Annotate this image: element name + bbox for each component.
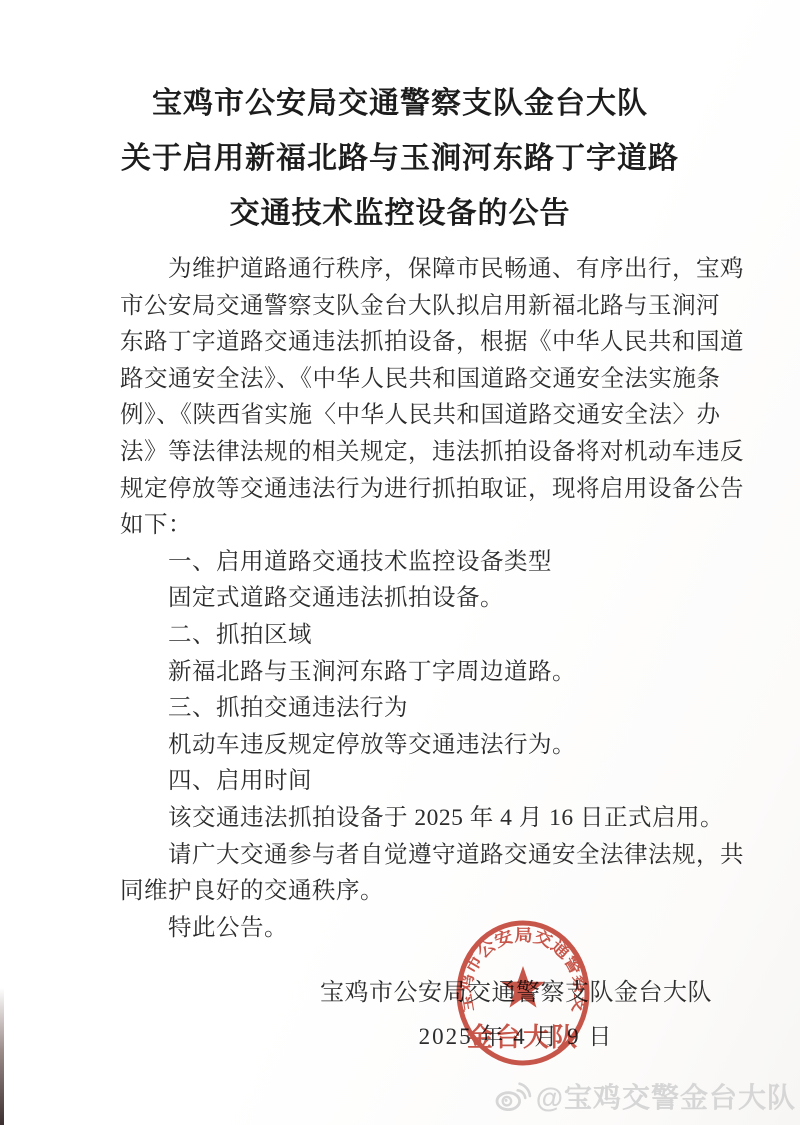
photo-edge-shadow (0, 988, 4, 1125)
announcement-document: 宝鸡市公安局交通警察支队金台大队关于启用新福北路与玉涧河东路丁字道路交通技术监控… (0, 0, 800, 1125)
document-title: 宝鸡市公安局交通警察支队金台大队关于启用新福北路与玉涧河东路丁字道路交通技术监控… (0, 0, 800, 241)
body-line: 固定式道路交通违法抓拍设备。 (120, 580, 720, 617)
body-line: 例》、《陕西省实施〈中华人民共和国道路交通安全法〉办 (120, 397, 720, 434)
document-body: 为维护道路通行秩序，保障市民畅通、有序出行，宝鸡市公安局交通警察支队金台大队拟启… (0, 251, 800, 946)
body-line: 路交通安全法》、《中华人民共和国道路交通安全法实施条 (120, 361, 720, 398)
body-line: 法》等法律法规的相关规定，违法抓拍设备将对机动车违反 (120, 434, 720, 471)
body-line: 特此公告。 (120, 910, 720, 947)
title-line: 交通技术监控设备的公告 (0, 186, 800, 241)
body-line: 规定停放等交通违法行为进行抓拍取证，现将启用设备公告 (120, 471, 720, 508)
body-line: 该交通违法抓拍设备于 2025 年 4 月 16 日正式启用。 (120, 800, 720, 837)
body-line: 三、抓拍交通违法行为 (120, 690, 720, 727)
body-line: 如下： (120, 507, 720, 544)
signature-date: 2025 年 4 月 9 日 (320, 1014, 712, 1060)
weibo-watermark: @宝鸡交警金台大队 (494, 1076, 796, 1116)
title-line: 关于启用新福北路与玉涧河东路丁字道路 (0, 131, 800, 186)
body-line: 请广大交通参与者自觉遵守道路交通安全法律法规，共 (120, 837, 720, 874)
body-line: 新福北路与玉涧河东路丁字周边道路。 (120, 654, 720, 691)
body-line: 市公安局交通警察支队金台大队拟启用新福北路与玉涧河 (120, 288, 720, 325)
body-line: 机动车违反规定停放等交通违法行为。 (120, 727, 720, 764)
body-line: 四、启用时间 (120, 763, 720, 800)
body-line: 同维护良好的交通秩序。 (120, 873, 720, 910)
watermark-handle: @宝鸡交警金台大队 (536, 1076, 796, 1116)
body-line: 一、启用道路交通技术监控设备类型 (120, 544, 720, 581)
signature-name: 宝鸡市公安局交通警察支队金台大队 (320, 972, 712, 1014)
weibo-icon (494, 1080, 532, 1112)
signature-block: 宝鸡市公安局交通警察支队金台大队 2025 年 4 月 9 日 (0, 972, 800, 1060)
body-line: 二、抓拍区域 (120, 617, 720, 654)
body-line: 东路丁字道路交通违法抓拍设备，根据《中华人民共和国道 (120, 324, 720, 361)
title-line: 宝鸡市公安局交通警察支队金台大队 (0, 76, 800, 131)
body-line: 为维护道路通行秩序，保障市民畅通、有序出行，宝鸡 (120, 251, 720, 288)
